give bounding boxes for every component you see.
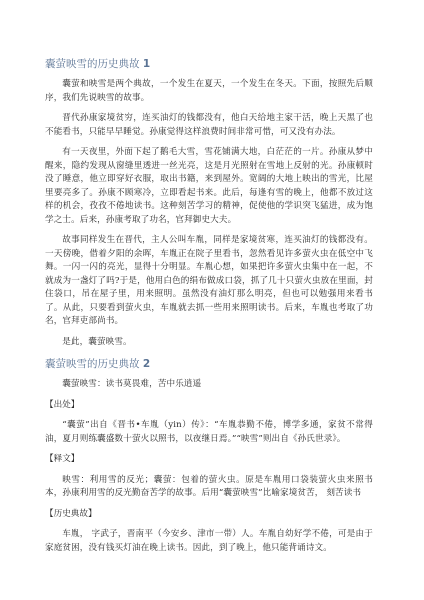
document-page: 囊萤映雪的历史典故 1 囊萤和映雪是两个典故，一个发生在夏天，一个发生在冬天。下… bbox=[0, 0, 424, 600]
section-2-title: 囊萤映雪的历史典故 bbox=[45, 358, 140, 370]
section-2-intro: 囊萤映雪：读书莫畏难，苦中乐逍遥 bbox=[45, 378, 373, 392]
paragraph: 囊萤和映雪是两个典故，一个发生在夏天，一个发生在冬天。下面，按照先后顺序，我们先… bbox=[45, 78, 373, 105]
history-text: 车胤， 字武子，晋南平（今安乡、津市一带）人。车胤自幼好学不倦，可是由于 家庭贫… bbox=[45, 528, 373, 555]
paragraph: 有一天夜里，外面下起了鹅毛大雪，雪花铺满大地，白茫茫的一片。孙康从梦中醒来，隐约… bbox=[45, 146, 373, 227]
paragraph: 故事同样发生在晋代，主人公叫车胤，同样是家境贫寒，连买油灯的钱都没有。一天傍晚，… bbox=[45, 234, 373, 329]
paragraph: 是此，囊萤映雪。 bbox=[45, 336, 373, 350]
explain-text: 映雪：利用雪的反光；囊萤：包着的萤火虫。原是车胤用口袋装萤火虫来照书本，孙康利用… bbox=[45, 474, 373, 501]
source-text: “囊萤”出自《晋书•车胤（yin）传》：“车胤恭勤不倦，博学多通，家贫不常得 油… bbox=[45, 419, 373, 446]
section-2-number: 2 bbox=[143, 358, 150, 370]
paragraph: 晋代孙康家境贫穷，连买油灯的钱都没有，他白天给地主家干活，晚上天黑了也不能看书，… bbox=[45, 112, 373, 139]
section-2-heading: 囊萤映雪的历史典故 2 bbox=[45, 357, 373, 371]
section-1-number: 1 bbox=[143, 58, 150, 70]
section-1-heading: 囊萤映雪的历史典故 1 bbox=[45, 57, 373, 71]
document-content: 囊萤映雪的历史典故 1 囊萤和映雪是两个典故，一个发生在夏天，一个发生在冬天。下… bbox=[45, 57, 373, 562]
section-1-title: 囊萤映雪的历史典故 bbox=[45, 58, 140, 70]
history-label: 【历史典故】 bbox=[45, 508, 373, 522]
source-label: 【出处】 bbox=[45, 399, 373, 413]
explain-label: 【释文】 bbox=[45, 453, 373, 467]
